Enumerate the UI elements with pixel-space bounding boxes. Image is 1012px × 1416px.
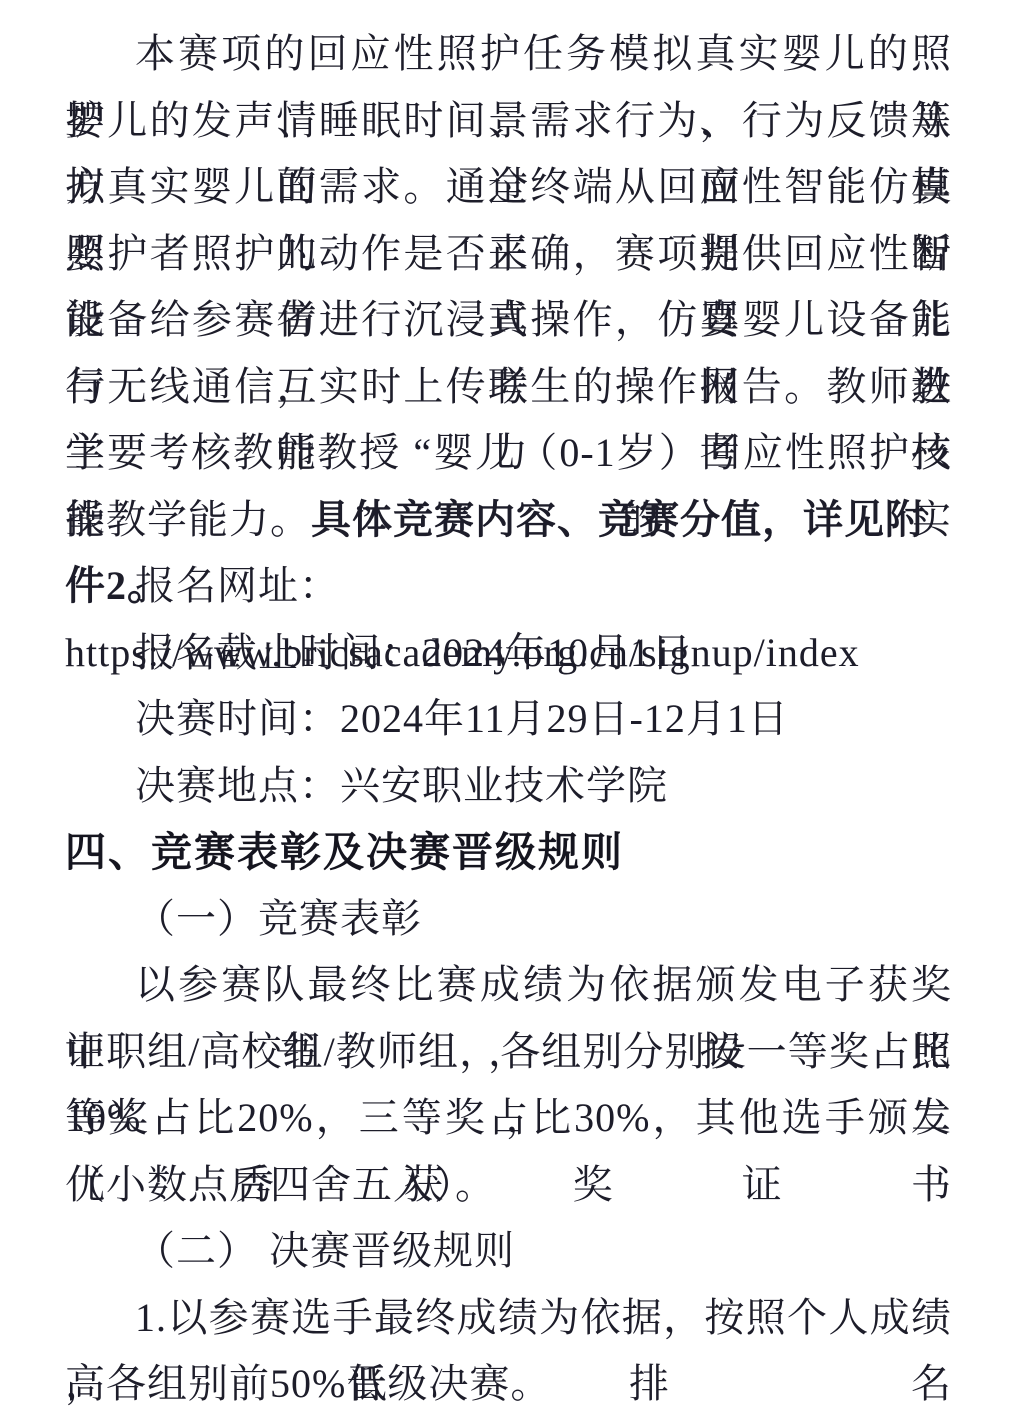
subsection-title: （二） 决赛晋级规则	[65, 1218, 952, 1285]
text-line: 照护者照护的动作是否正确，赛项提供回应性智能仿真婴儿	[65, 221, 952, 288]
text-line: 拟真实婴儿的需求。通过终端从回应性智能仿真婴儿来判断	[65, 154, 952, 221]
text-line: 等奖占比20%，三等奖占比30%，其他选手颁发优秀获奖证书	[65, 1085, 952, 1152]
subsection-title: （一）竞赛表彰	[65, 886, 952, 953]
section-heading: 四、竞赛表彰及决赛晋级规则	[65, 819, 952, 886]
text-line: 中职组/高校组/教师组，各组别分别设一等奖占比10%，二	[65, 1019, 952, 1086]
final-date-line: 决赛时间：2024年11月29日-12月1日	[65, 686, 952, 753]
text-line: 主要考核教师教授 “婴儿（0-1岁）回应性照护技能”的实	[65, 420, 952, 487]
final-venue-line: 决赛地点：兴安职业技术学院	[65, 753, 952, 820]
text-line: 设备给参赛者进行沉浸式操作，仿真婴儿设备能与互联网进	[65, 287, 952, 354]
text-line: 操教学能力。具体竞赛内容、竞赛分值，详见附件2。	[65, 487, 952, 554]
document-page: 本赛项的回应性照护任务模拟真实婴儿的照护情景，从 婴儿的发声、睡眠时间、需求行为…	[0, 0, 1012, 1416]
text-run: 操教学能力。	[65, 497, 311, 542]
text-line: 1.以参赛选手最终成绩为依据，按照个人成绩高低排名	[65, 1285, 952, 1352]
text-line: 行无线通信，实时上传考生的操作报告。教师教学能力考核	[65, 354, 952, 421]
signup-url-line: 报名网址：https://www.bricsacademy.org.cn/sig…	[65, 553, 952, 620]
text-line: 以参赛队最终比赛成绩为依据颁发电子获奖证书，按照	[65, 952, 952, 1019]
text-line: 本赛项的回应性照护任务模拟真实婴儿的照护情景，从	[65, 21, 952, 88]
text-line: 婴儿的发声、睡眠时间、需求行为、行为反馈等方面全面模	[65, 88, 952, 155]
